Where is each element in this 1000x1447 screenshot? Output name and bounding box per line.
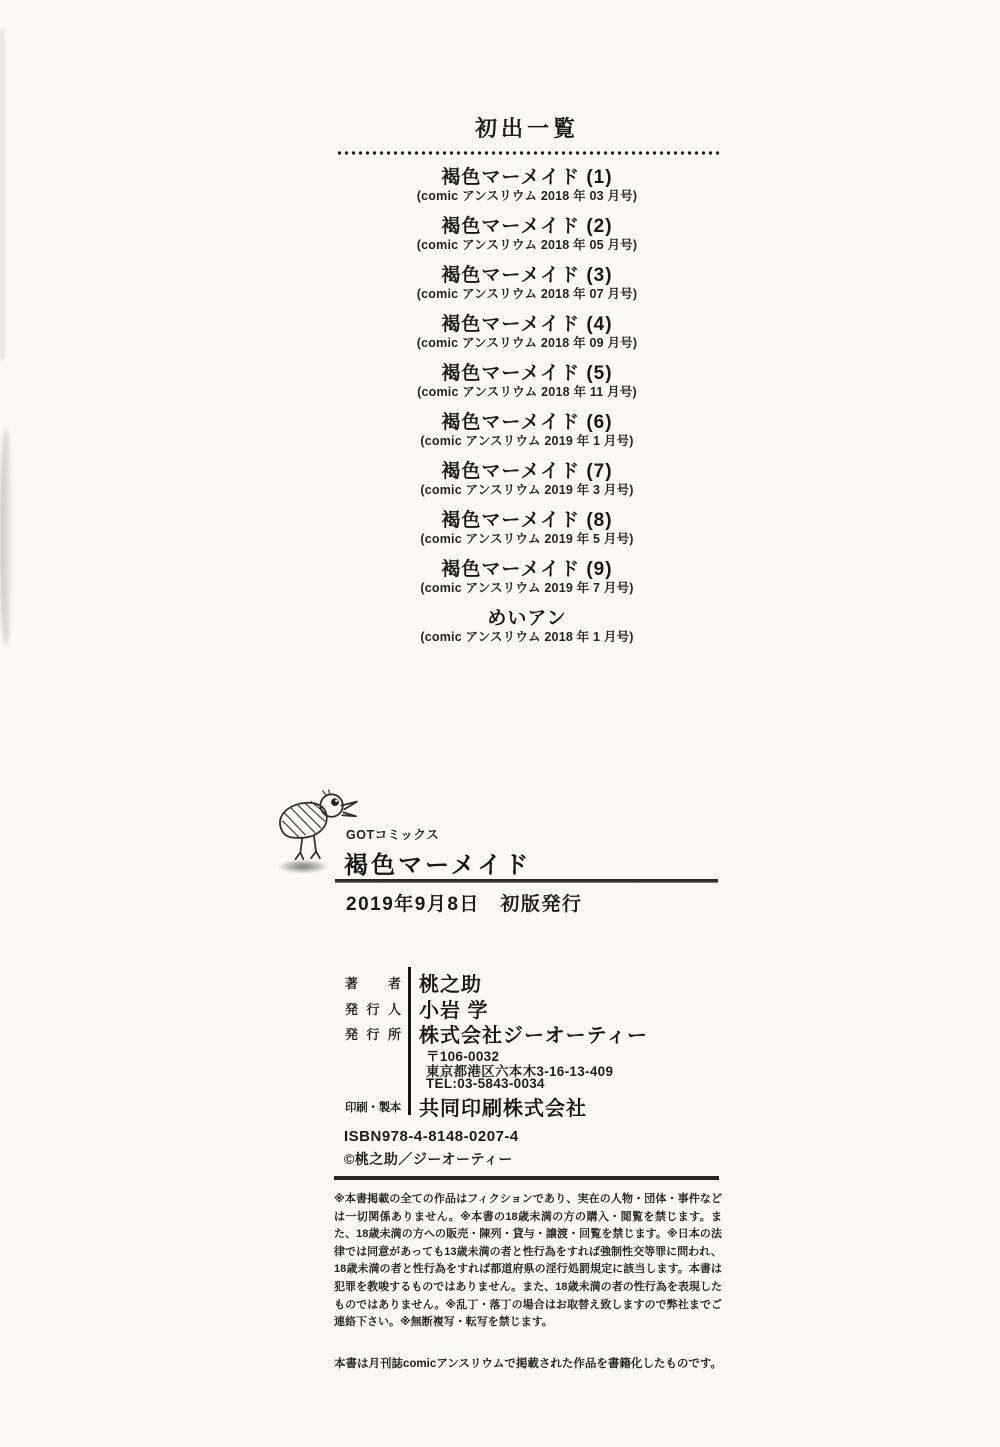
- entry-source: (comic アンスリウム 2018 年 07 月号): [334, 287, 720, 302]
- credit-label-publisher-person: 発行人: [345, 999, 401, 1018]
- credit-label-printer: 印刷・製本: [345, 1099, 401, 1115]
- dotted-divider: [336, 150, 720, 156]
- entry-title: 褐色マーメイド (9): [334, 558, 720, 581]
- colophon-page: 初出一覧 褐色マーメイド (1) (comic アンスリウム 2018 年 03…: [0, 0, 1000, 1447]
- publication-entries: 褐色マーメイド (1) (comic アンスリウム 2018 年 03 月号) …: [334, 166, 720, 656]
- credit-label-publisher: 発行所: [345, 1024, 401, 1043]
- publication-entry: 褐色マーメイド (5) (comic アンスリウム 2018 年 11 月号): [334, 362, 720, 400]
- credits-table: 著者 桃之助 発行人 小岩 学 発行所 株式会社ジーオーティー 〒106-003…: [345, 966, 720, 1118]
- entry-title: 褐色マーメイド (5): [334, 362, 720, 385]
- scan-artifact-left-top: [0, 30, 7, 360]
- serialization-note: 本書は月刊誌comicアンスリウムで掲載された作品を書籍化したものです。: [334, 1355, 734, 1371]
- entry-source: (comic アンスリウム 2018 年 05 月号): [334, 238, 720, 253]
- publication-entry: 褐色マーメイド (4) (comic アンスリウム 2018 年 09 月号): [334, 313, 720, 351]
- isbn: ISBN978-4-8148-0207-4: [344, 1128, 519, 1145]
- edition-date: 2019年9月8日 初版発行: [346, 889, 582, 916]
- credit-label-author: 著者: [345, 973, 401, 992]
- scan-artifact-left-middle: [0, 430, 13, 645]
- publication-entry: 褐色マーメイド (7) (comic アンスリウム 2019 年 3 月号): [334, 460, 720, 498]
- credit-value-printer: 共同印刷株式会社: [419, 1092, 587, 1121]
- entry-title: 褐色マーメイド (4): [334, 313, 720, 336]
- disclaimer-text: ※本書掲載の全ての作品はフィクションであり、実在の人物・団体・事件などは一切関係…: [334, 1191, 722, 1332]
- book-title: 褐色マーメイド: [344, 845, 531, 880]
- imprint-label: GOTコミックス: [346, 825, 439, 843]
- entry-source: (comic アンスリウム 2019 年 3 月号): [334, 483, 720, 498]
- entry-title: 褐色マーメイド (1): [334, 166, 720, 189]
- publication-entry: 褐色マーメイド (2) (comic アンスリウム 2018 年 05 月号): [334, 215, 720, 253]
- first-publication-heading: 初出一覧: [334, 112, 720, 143]
- entry-title: 褐色マーメイド (3): [334, 264, 720, 287]
- publication-entry: 褐色マーメイド (8) (comic アンスリウム 2019 年 5 月号): [334, 509, 720, 547]
- entry-source: (comic アンスリウム 2018 年 1 月号): [334, 630, 720, 645]
- credit-value-author: 桃之助: [419, 968, 482, 997]
- publication-entry: 褐色マーメイド (9) (comic アンスリウム 2019 年 7 月号): [334, 558, 720, 596]
- entry-title: 褐色マーメイド (6): [334, 411, 720, 434]
- logo-shadow: [279, 860, 327, 873]
- entry-title: 褐色マーメイド (7): [334, 460, 720, 483]
- entry-source: (comic アンスリウム 2019 年 7 月号): [334, 581, 720, 596]
- publication-entry: 褐色マーメイド (1) (comic アンスリウム 2018 年 03 月号): [334, 166, 720, 204]
- entry-source: (comic アンスリウム 2018 年 03 月号): [334, 189, 720, 204]
- copyright: ©桃之助／ジーオーティー: [344, 1149, 513, 1169]
- credit-value-publisher: 株式会社ジーオーティー: [419, 1019, 648, 1048]
- entry-source: (comic アンスリウム 2019 年 1 月号): [334, 434, 720, 449]
- section-rule: [334, 1176, 719, 1180]
- entry-source: (comic アンスリウム 2018 年 09 月号): [334, 336, 720, 351]
- entry-source: (comic アンスリウム 2018 年 11 月号): [334, 385, 720, 400]
- publication-entry: 褐色マーメイド (3) (comic アンスリウム 2018 年 07 月号): [334, 264, 720, 302]
- publication-entry: めいアン (comic アンスリウム 2018 年 1 月号): [334, 607, 720, 645]
- publication-entry: 褐色マーメイド (6) (comic アンスリウム 2019 年 1 月号): [334, 411, 720, 449]
- entry-title: 褐色マーメイド (2): [334, 215, 720, 238]
- title-rule: [335, 879, 718, 883]
- entry-title: めいアン: [334, 607, 720, 630]
- entry-title: 褐色マーメイド (8): [334, 509, 720, 532]
- credits-divider: [408, 967, 411, 1115]
- entry-source: (comic アンスリウム 2019 年 5 月号): [334, 532, 720, 547]
